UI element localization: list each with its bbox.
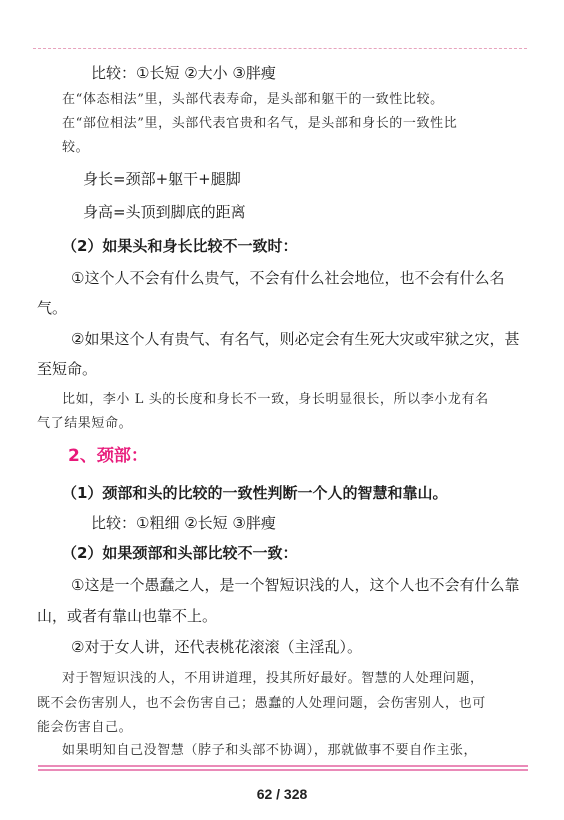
body-text-line: 既不会伤害别人，也不会伤害自己；愚蠢的人处理问题，会伤害别人，也可 bbox=[37, 697, 486, 710]
body-text-line: ①这个人不会有什么贵气，不会有什么社会地位，也不会有什么名 bbox=[71, 271, 504, 286]
page-number-indicator: 62 / 328 bbox=[0, 786, 564, 802]
body-text-line: 较。 bbox=[62, 141, 89, 154]
header-dashed-rule bbox=[33, 48, 527, 49]
section-heading-neck: 2、颈部： bbox=[68, 448, 148, 465]
body-text-line: 如果明知自己没智慧（脖子和头部不协调），那就做事不要自作主张， bbox=[62, 744, 477, 757]
body-text-line: 气。 bbox=[37, 301, 67, 316]
footer-double-rule-bottom bbox=[38, 769, 528, 771]
body-text-line: 能会伤害自己。 bbox=[37, 721, 132, 734]
body-text-line: 气了结果短命。 bbox=[37, 417, 132, 430]
subheading-neck-comparison: （1）颈部和头的比较的一致性判断一个人的智慧和靠山。 bbox=[62, 486, 447, 501]
body-text-line: ②如果这个人有贵气、有名气，则必定会有生死大灾或牢狱之灾，甚 bbox=[71, 332, 519, 347]
body-text-line: 在“部位相法”里，头部代表官贵和名气，是头部和身长的一致性比 bbox=[62, 117, 457, 130]
subheading-neck-mismatch: （2）如果颈部和头部比较不一致： bbox=[62, 546, 297, 561]
body-text-line: 比如，李小 L 头的长度和身长不一致，身长明显很长，所以李小龙有名 bbox=[62, 393, 489, 406]
body-text-line: ②对于女人讲，还代表桃花滚滚（主淫乱）。 bbox=[71, 640, 362, 655]
body-text-line: 山，或者有靠山也靠不上。 bbox=[37, 609, 217, 624]
document-page: 比较：①长短 ②大小 ③胖瘦 在“体态相法”里，头部代表寿命，是头部和躯干的一致… bbox=[0, 0, 564, 820]
comparison-list-neck: 比较：①粗细 ②长短 ③胖瘦 bbox=[91, 516, 276, 531]
formula-body-length: 身长=颈部+躯干+腿脚 bbox=[83, 172, 241, 187]
subheading-head-mismatch: （2）如果头和身长比较不一致时： bbox=[62, 239, 297, 254]
footer-double-rule-top bbox=[38, 765, 528, 767]
body-text-line: 至短命。 bbox=[37, 362, 97, 377]
body-text-line: 对于智短识浅的人，不用讲道理，投其所好最好。智慧的人处理问题， bbox=[62, 672, 484, 685]
formula-body-height: 身高=头顶到脚底的距离 bbox=[83, 205, 246, 220]
body-text-line: ①这是一个愚蠢之人，是一个智短识浅的人，这个人也不会有什么靠 bbox=[71, 578, 519, 593]
comparison-list-head: 比较：①长短 ②大小 ③胖瘦 bbox=[91, 66, 276, 81]
body-text-line: 在“体态相法”里，头部代表寿命，是头部和躯干的一致性比较。 bbox=[62, 93, 444, 106]
